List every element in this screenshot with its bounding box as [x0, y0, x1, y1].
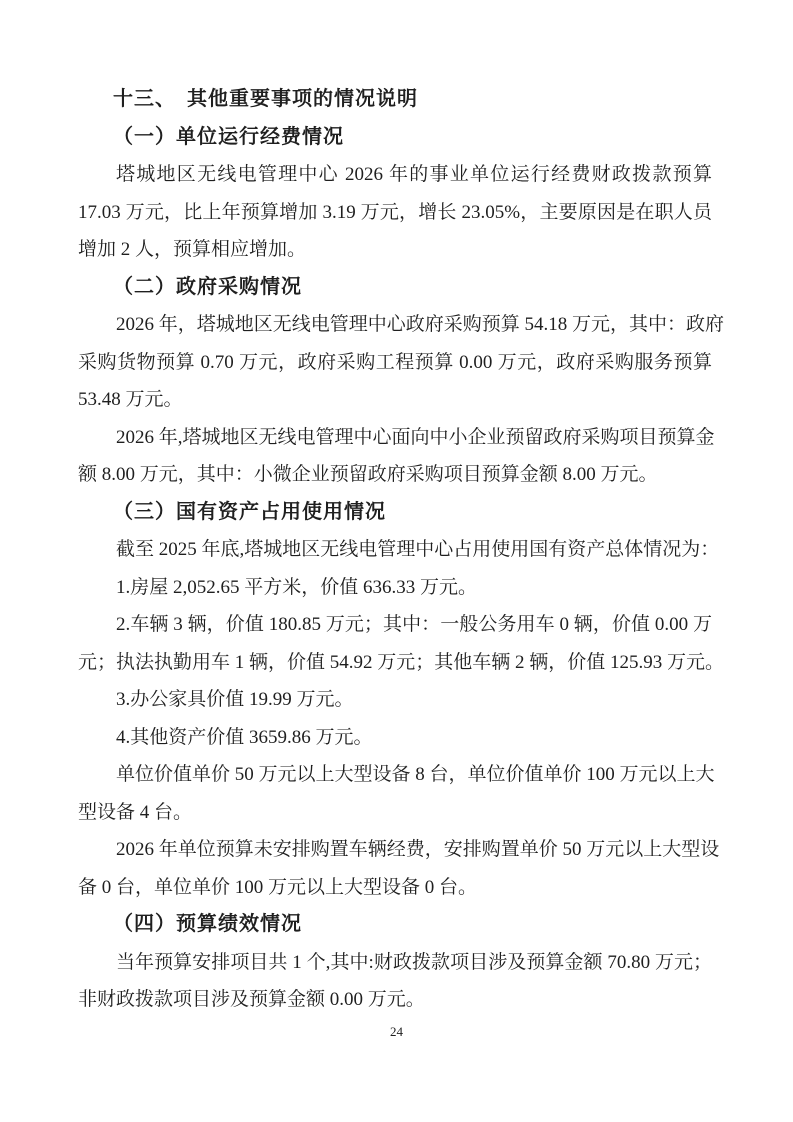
paragraph: 2026 年，塔城地区无线电管理中心政府采购预算 54.18 万元，其中：政府采…	[78, 306, 712, 419]
subsection-heading: （一）单位运行经费情况	[78, 119, 712, 157]
paragraph: 截至 2025 年底,塔城地区无线电管理中心占用使用国有资产总体情况为：	[78, 531, 712, 569]
text-line: 元；执法执勤用车 1 辆，价值 54.92 万元；其他车辆 2 辆，价值 125…	[78, 644, 712, 682]
text-line: 型设备 4 台。	[78, 794, 712, 832]
text-line: 4.其他资产价值 3659.86 万元。	[78, 719, 712, 757]
subsection-heading: （三）国有资产占用使用情况	[78, 494, 712, 532]
paragraph: 2.车辆 3 辆，价值 180.85 万元；其中：一般公务用车 0 辆，价值 0…	[78, 606, 712, 681]
paragraph: 1.房屋 2,052.65 平方米，价值 636.33 万元。	[78, 569, 712, 607]
paragraph: 2026 年,塔城地区无线电管理中心面向中小企业预留政府采购项目预算金额 8.0…	[78, 419, 712, 494]
text-line: 额 8.00 万元，其中：小微企业预留政府采购项目预算金额 8.00 万元。	[78, 456, 712, 494]
text-line: 2026 年,塔城地区无线电管理中心面向中小企业预留政府采购项目预算金	[78, 419, 712, 457]
text-line: 塔城地区无线电管理中心 2026 年的事业单位运行经费财政拨款预算	[78, 156, 712, 194]
text-line: 17.03 万元，比上年预算增加 3.19 万元，增长 23.05%，主要原因是…	[78, 194, 712, 232]
paragraph: 塔城地区无线电管理中心 2026 年的事业单位运行经费财政拨款预算17.03 万…	[78, 156, 712, 269]
text-line: 2.车辆 3 辆，价值 180.85 万元；其中：一般公务用车 0 辆，价值 0…	[78, 606, 712, 644]
text-line: 当年预算安排项目共 1 个,其中:财政拨款项目涉及预算金额 70.80 万元；	[78, 944, 712, 982]
text-line: 备 0 台，单位单价 100 万元以上大型设备 0 台。	[78, 869, 712, 907]
text-line: 采购货物预算 0.70 万元，政府采购工程预算 0.00 万元，政府采购服务预算	[78, 344, 712, 382]
text-line: 截至 2025 年底,塔城地区无线电管理中心占用使用国有资产总体情况为：	[78, 531, 712, 569]
text-line: 2026 年，塔城地区无线电管理中心政府采购预算 54.18 万元，其中：政府	[78, 306, 712, 344]
document-page: 十三、 其他重要事项的情况说明（一）单位运行经费情况塔城地区无线电管理中心 20…	[0, 0, 793, 1122]
paragraph: 当年预算安排项目共 1 个,其中:财政拨款项目涉及预算金额 70.80 万元；非…	[78, 944, 712, 1019]
subsection-heading: （二）政府采购情况	[78, 269, 712, 307]
page-number: 24	[0, 1022, 793, 1042]
text-line: 1.房屋 2,052.65 平方米，价值 636.33 万元。	[78, 569, 712, 607]
paragraph: 单位价值单价 50 万元以上大型设备 8 台，单位价值单价 100 万元以上大型…	[78, 756, 712, 831]
paragraph: 4.其他资产价值 3659.86 万元。	[78, 719, 712, 757]
text-line: 3.办公家具价值 19.99 万元。	[78, 681, 712, 719]
text-line: 非财政拨款项目涉及预算金额 0.00 万元。	[78, 981, 712, 1019]
document-body: 十三、 其他重要事项的情况说明（一）单位运行经费情况塔城地区无线电管理中心 20…	[78, 81, 712, 1019]
text-line: 单位价值单价 50 万元以上大型设备 8 台，单位价值单价 100 万元以上大	[78, 756, 712, 794]
text-line: 增加 2 人，预算相应增加。	[78, 231, 712, 269]
subsection-heading: （四）预算绩效情况	[78, 906, 712, 944]
section-heading: 十三、 其他重要事项的情况说明	[78, 81, 712, 119]
paragraph: 2026 年单位预算未安排购置车辆经费，安排购置单价 50 万元以上大型设备 0…	[78, 831, 712, 906]
text-line: 2026 年单位预算未安排购置车辆经费，安排购置单价 50 万元以上大型设	[78, 831, 712, 869]
text-line: 53.48 万元。	[78, 381, 712, 419]
paragraph: 3.办公家具价值 19.99 万元。	[78, 681, 712, 719]
